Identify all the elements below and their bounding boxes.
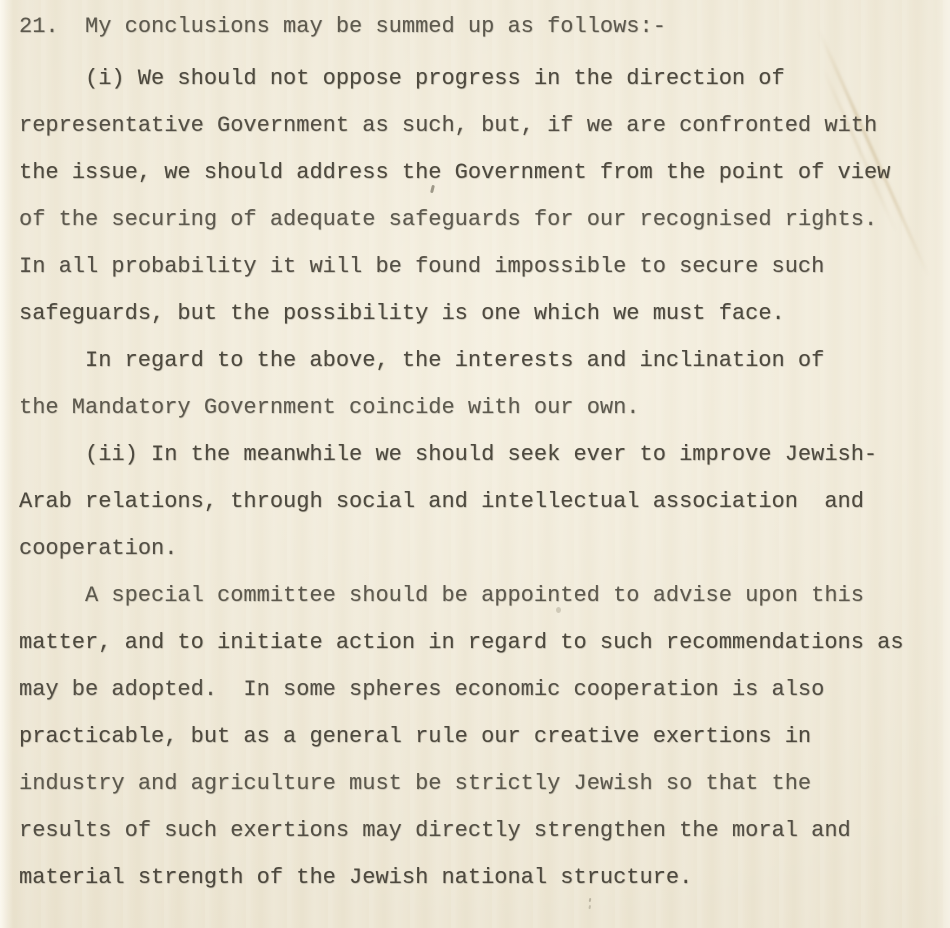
ink-smudge bbox=[556, 607, 561, 613]
text-line-11: Arab relations, through social and intel… bbox=[19, 478, 931, 525]
text-line-1: 21. My conclusions may be summed up as f… bbox=[19, 3, 931, 50]
text-line-16: practicable, but as a general rule our c… bbox=[19, 713, 931, 760]
document-page: 21. My conclusions may be summed up as f… bbox=[0, 0, 950, 928]
typewritten-text-block: 21. My conclusions may be summed up as f… bbox=[19, 3, 931, 901]
text-line-9: the Mandatory Government coincide with o… bbox=[19, 384, 931, 431]
text-line-7: safeguards, but the possibility is one w… bbox=[19, 290, 931, 337]
text-line-14: matter, and to initiate action in regard… bbox=[19, 619, 931, 666]
text-line-6: In all probability it will be found impo… bbox=[19, 243, 931, 290]
text-line-4: the issue, we should address the Governm… bbox=[19, 149, 931, 196]
text-line-2: (i) We should not oppose progress in the… bbox=[19, 55, 931, 102]
ink-smudge bbox=[589, 898, 592, 902]
text-line-3: representative Government as such, but, … bbox=[19, 102, 931, 149]
text-line-18: results of such exertions may directly s… bbox=[19, 807, 931, 854]
text-line-13: A special committee should be appointed … bbox=[19, 572, 931, 619]
text-line-8: In regard to the above, the interests an… bbox=[19, 337, 931, 384]
text-line-17: industry and agriculture must be strictl… bbox=[19, 760, 931, 807]
text-line-15: may be adopted. In some spheres economic… bbox=[19, 666, 931, 713]
text-line-12: cooperation. bbox=[19, 525, 931, 572]
text-line-5: of the securing of adequate safeguards f… bbox=[19, 196, 931, 243]
text-line-10: (ii) In the meanwhile we should seek eve… bbox=[19, 431, 931, 478]
text-line-19: material strength of the Jewish national… bbox=[19, 854, 931, 901]
